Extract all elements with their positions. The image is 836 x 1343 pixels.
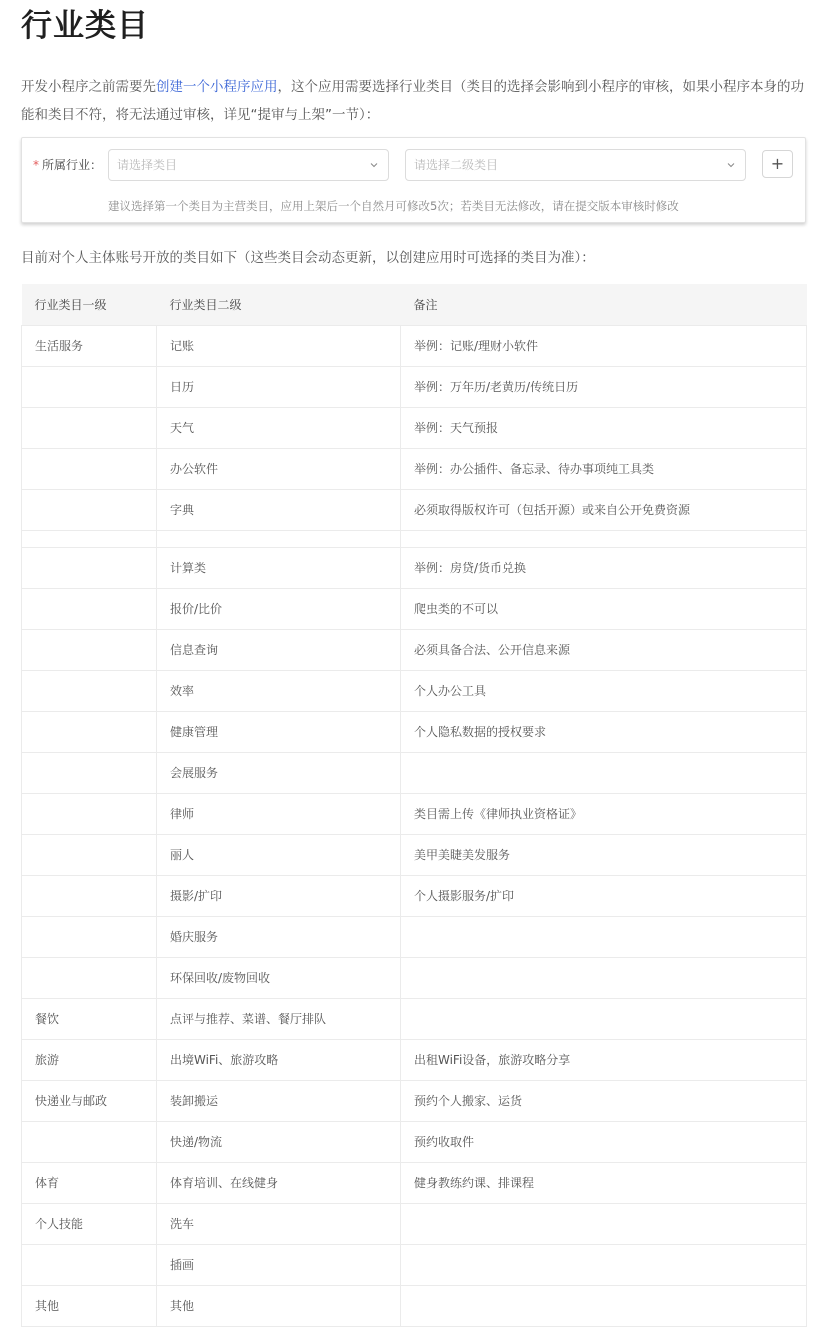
cell-level-1: 体育 (22, 1162, 157, 1203)
cell-level-1 (22, 530, 157, 547)
primary-category-placeholder: 请选择类目 (117, 158, 177, 172)
table-row: 生活服务记账举例：记账/理财小软件 (22, 325, 807, 366)
header-level-1: 行业类目一级 (22, 284, 157, 325)
cell-level-2: 律师 (157, 793, 401, 834)
cell-remark (401, 1244, 807, 1285)
cell-level-2: 婚庆服务 (157, 916, 401, 957)
intro-paragraph: 开发小程序之前需要先创建一个小程序应用，这个应用需要选择行业类目（类目的选择会影… (21, 73, 811, 129)
cell-remark: 预约收取件 (401, 1121, 807, 1162)
industry-label: *所属行业： (33, 157, 102, 173)
cell-level-2: 健康管理 (157, 711, 401, 752)
cell-level-2: 会展服务 (157, 752, 401, 793)
cell-level-1: 旅游 (22, 1039, 157, 1080)
cell-remark: 个人隐私数据的授权要求 (401, 711, 807, 752)
cell-remark: 爬虫类的不可以 (401, 588, 807, 629)
cell-level-1: 其他 (22, 1285, 157, 1326)
cell-level-2: 日历 (157, 366, 401, 407)
cell-level-2: 装卸搬运 (157, 1080, 401, 1121)
cell-remark: 举例：房贷/货币兑换 (401, 547, 807, 588)
cell-level-1 (22, 670, 157, 711)
table-row: 插画 (22, 1244, 807, 1285)
cell-remark: 举例：记账/理财小软件 (401, 325, 807, 366)
cell-remark (401, 916, 807, 957)
cell-level-2: 摄影/扩印 (157, 875, 401, 916)
table-row (22, 530, 807, 547)
cell-remark: 美甲美睫美发服务 (401, 834, 807, 875)
add-category-button[interactable]: + (762, 150, 793, 178)
cell-remark (401, 1285, 807, 1326)
header-remark: 备注 (401, 284, 807, 325)
cell-remark: 必须具备合法、公开信息来源 (401, 629, 807, 670)
chevron-down-icon (727, 161, 735, 169)
cell-level-2: 环保回收/废物回收 (157, 957, 401, 998)
table-row: 摄影/扩印个人摄影服务/扩印 (22, 875, 807, 916)
table-row: 其他其他 (22, 1285, 807, 1326)
cell-level-2: 天气 (157, 407, 401, 448)
cell-remark (401, 1203, 807, 1244)
cell-level-2: 效率 (157, 670, 401, 711)
table-row: 旅游出境WiFi、旅游攻略出租WiFi设备，旅游攻略分享 (22, 1039, 807, 1080)
cell-remark: 健身教练约课、排课程 (401, 1162, 807, 1203)
cell-remark (401, 998, 807, 1039)
cell-remark: 出租WiFi设备，旅游攻略分享 (401, 1039, 807, 1080)
cell-level-2: 其他 (157, 1285, 401, 1326)
secondary-category-select[interactable]: 请选择二级类目 (405, 149, 746, 181)
cell-level-1 (22, 407, 157, 448)
cell-level-1 (22, 448, 157, 489)
industry-form-demo: *所属行业： 请选择类目 请选择二级类目 + 建议选择第一个类目为主营类目，应用… (21, 137, 806, 223)
create-app-link[interactable]: 创建一个小程序应用 (156, 79, 278, 95)
table-row: 丽人美甲美睫美发服务 (22, 834, 807, 875)
cell-level-2: 报价/比价 (157, 588, 401, 629)
table-row: 快递/物流预约收取件 (22, 1121, 807, 1162)
cell-remark: 举例：天气预报 (401, 407, 807, 448)
cell-level-2: 信息查询 (157, 629, 401, 670)
cell-level-1: 生活服务 (22, 325, 157, 366)
table-row: 日历举例：万年历/老黄历/传统日历 (22, 366, 807, 407)
cell-level-1 (22, 366, 157, 407)
cell-level-2: 体育培训、在线健身 (157, 1162, 401, 1203)
secondary-category-placeholder: 请选择二级类目 (414, 158, 498, 172)
cell-level-1 (22, 875, 157, 916)
cell-level-1 (22, 588, 157, 629)
table-row: 效率个人办公工具 (22, 670, 807, 711)
table-row: 办公软件举例：办公插件、备忘录、待办事项纯工具类 (22, 448, 807, 489)
cell-level-2: 快递/物流 (157, 1121, 401, 1162)
cell-remark (401, 957, 807, 998)
table-row: 环保回收/废物回收 (22, 957, 807, 998)
table-row: 报价/比价爬虫类的不可以 (22, 588, 807, 629)
table-row: 快递业与邮政装卸搬运预约个人搬家、运货 (22, 1080, 807, 1121)
table-row: 个人技能洗车 (22, 1203, 807, 1244)
table-row: 信息查询必须具备合法、公开信息来源 (22, 629, 807, 670)
chevron-down-icon (370, 161, 378, 169)
cell-level-2: 点评与推荐、菜谱、餐厅排队 (157, 998, 401, 1039)
cell-level-1 (22, 711, 157, 752)
cell-level-1 (22, 489, 157, 530)
category-table: 行业类目一级 行业类目二级 备注 生活服务记账举例：记账/理财小软件日历举例：万… (21, 284, 807, 1327)
table-row: 字典必须取得版权许可（包括开源）或来自公开免费资源 (22, 489, 807, 530)
table-row: 天气举例：天气预报 (22, 407, 807, 448)
cell-level-1 (22, 916, 157, 957)
cell-level-2: 字典 (157, 489, 401, 530)
cell-level-2: 洗车 (157, 1203, 401, 1244)
table-row: 体育体育培训、在线健身健身教练约课、排课程 (22, 1162, 807, 1203)
table-row: 餐饮点评与推荐、菜谱、餐厅排队 (22, 998, 807, 1039)
cell-level-1: 个人技能 (22, 1203, 157, 1244)
cell-level-2: 丽人 (157, 834, 401, 875)
page-title: 行业类目 (21, 6, 149, 46)
cell-level-2: 记账 (157, 325, 401, 366)
cell-level-2: 办公软件 (157, 448, 401, 489)
cell-level-1 (22, 629, 157, 670)
cell-remark: 预约个人搬家、运货 (401, 1080, 807, 1121)
cell-remark: 个人办公工具 (401, 670, 807, 711)
table-row: 律师类目需上传《律师执业资格证》 (22, 793, 807, 834)
cell-remark (401, 530, 807, 547)
cell-level-1 (22, 1121, 157, 1162)
required-star: * (33, 158, 39, 172)
cell-remark: 必须取得版权许可（包括开源）或来自公开免费资源 (401, 489, 807, 530)
table-row: 婚庆服务 (22, 916, 807, 957)
table-row: 计算类举例：房贷/货币兑换 (22, 547, 807, 588)
cell-remark: 类目需上传《律师执业资格证》 (401, 793, 807, 834)
intro-text-before: 开发小程序之前需要先 (21, 79, 156, 95)
cell-level-1 (22, 793, 157, 834)
table-row: 会展服务 (22, 752, 807, 793)
industry-label-text: 所属行业： (42, 158, 102, 172)
cell-remark (401, 752, 807, 793)
cell-level-2: 出境WiFi、旅游攻略 (157, 1039, 401, 1080)
cell-level-1: 快递业与邮政 (22, 1080, 157, 1121)
header-level-2: 行业类目二级 (157, 284, 401, 325)
cell-level-1 (22, 1244, 157, 1285)
cell-level-1 (22, 752, 157, 793)
cell-remark: 举例：办公插件、备忘录、待办事项纯工具类 (401, 448, 807, 489)
open-categories-text: 目前对个人主体账号开放的类目如下（这些类目会动态更新，以创建应用时可选择的类目为… (21, 246, 595, 270)
cell-level-2: 插画 (157, 1244, 401, 1285)
category-hint: 建议选择第一个类目为主营类目，应用上架后一个自然月可修改5次；若类目无法修改，请… (108, 198, 679, 214)
cell-level-1 (22, 547, 157, 588)
cell-remark: 举例：万年历/老黄历/传统日历 (401, 366, 807, 407)
table-row: 健康管理个人隐私数据的授权要求 (22, 711, 807, 752)
cell-level-1 (22, 957, 157, 998)
cell-remark: 个人摄影服务/扩印 (401, 875, 807, 916)
cell-level-1: 餐饮 (22, 998, 157, 1039)
table-header-row: 行业类目一级 行业类目二级 备注 (22, 284, 807, 325)
primary-category-select[interactable]: 请选择类目 (108, 149, 389, 181)
table-body: 生活服务记账举例：记账/理财小软件日历举例：万年历/老黄历/传统日历天气举例：天… (22, 325, 807, 1326)
cell-level-1 (22, 834, 157, 875)
cell-level-2: 计算类 (157, 547, 401, 588)
cell-level-2 (157, 530, 401, 547)
